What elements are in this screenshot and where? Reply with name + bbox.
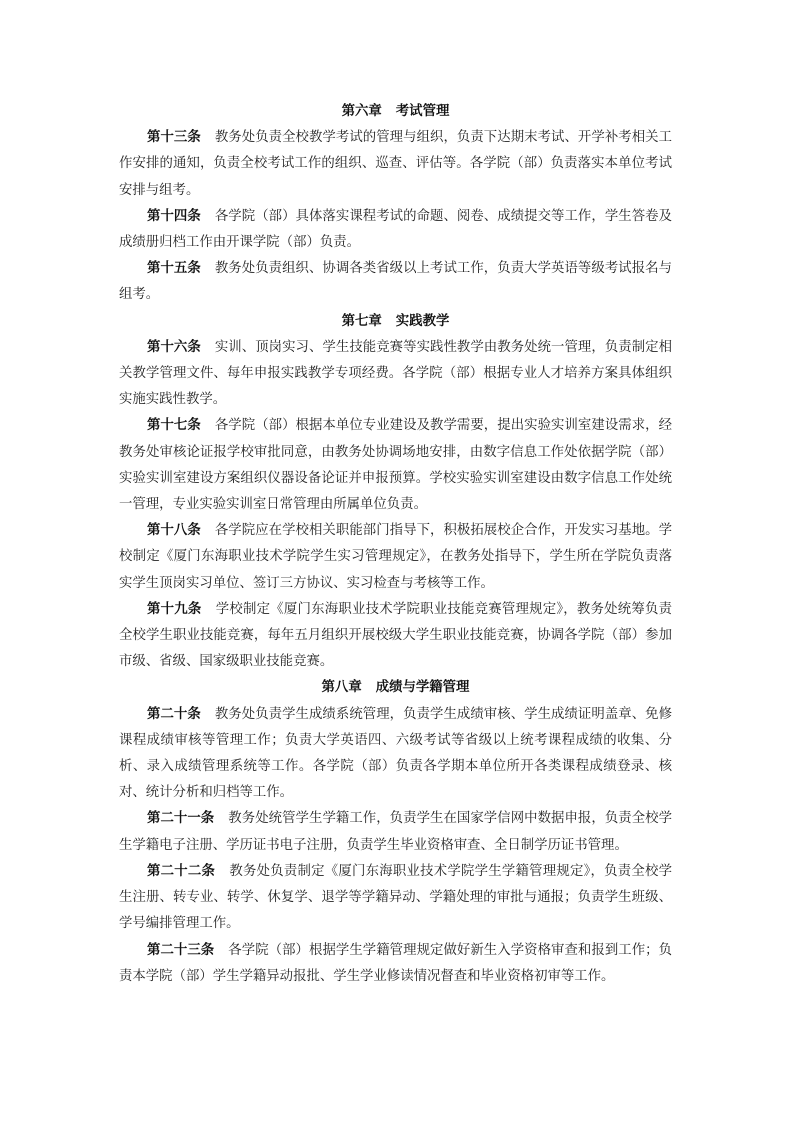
chapter-title: 成绩与学籍管理 — [376, 680, 470, 695]
article-text: 教务处负责学生成绩系统管理，负责学生成绩审核、学生成绩证明盖章、免修课程成绩审核… — [119, 707, 672, 801]
chapter-number: 第七章 — [342, 314, 382, 329]
chapter-heading: 第八章成绩与学籍管理 — [119, 675, 672, 701]
document-page: 第六章考试管理 第十三条教务处负责全校教学考试的管理与组织，负责下达期末考试、开… — [119, 99, 672, 990]
chapter-number: 第六章 — [342, 104, 382, 119]
article: 第二十二条教务处负责制定《厦门东海职业技术学院学生学籍管理规定》，负责全校学生注… — [119, 859, 672, 938]
article-text: 实训、顶岗实习、学生技能竞赛等实践性教学由教务处统一管理，负责制定相关教学管理文… — [119, 340, 672, 407]
chapter-heading: 第六章考试管理 — [119, 99, 672, 125]
chapter-number: 第八章 — [322, 680, 362, 695]
article-number: 第二十二条 — [147, 864, 215, 879]
article-number: 第二十条 — [147, 707, 201, 722]
article-text: 各学院（部）具体落实课程考试的命题、阅卷、成绩提交等工作，学生答卷及成绩册归档工… — [119, 209, 672, 250]
article-number: 第十九条 — [147, 602, 202, 617]
article-number: 第十三条 — [147, 130, 201, 145]
article-text: 各学院（部）根据本单位专业建设及教学需要，提出实验实训室建设需求，经教务处审核论… — [119, 418, 672, 512]
article: 第十七条各学院（部）根据本单位专业建设及教学需要，提出实验实训室建设需求，经教务… — [119, 413, 672, 518]
article-number: 第二十一条 — [147, 811, 214, 826]
article-number: 第十八条 — [147, 523, 201, 538]
article: 第十六条实训、顶岗实习、学生技能竞赛等实践性教学由教务处统一管理，负责制定相关教… — [119, 335, 672, 414]
article-number: 第二十三条 — [147, 943, 214, 958]
article-text: 教务处负责全校教学考试的管理与组织，负责下达期末考试、开学补考相关工作安排的通知… — [119, 130, 672, 197]
article: 第十八条各学院应在学校相关职能部门指导下，积极拓展校企合作，开发实习基地。学校制… — [119, 518, 672, 597]
article: 第十三条教务处负责全校教学考试的管理与组织，负责下达期末考试、开学补考相关工作安… — [119, 125, 672, 204]
article-number: 第十五条 — [147, 261, 201, 276]
article: 第二十三条各学院（部）根据学生学籍管理规定做好新生入学资格审查和报到工作；负责本… — [119, 938, 672, 990]
article: 第二十一条教务处统管学生学籍工作，负责学生在国家学信网中数据申报，负责全校学生学… — [119, 806, 672, 858]
article: 第十九条学校制定《厦门东海职业技术学院职业技能竞赛管理规定》，教务处统筹负责全校… — [119, 597, 672, 676]
article: 第十四条各学院（部）具体落实课程考试的命题、阅卷、成绩提交等工作，学生答卷及成绩… — [119, 204, 672, 256]
article-number: 第十七条 — [147, 418, 201, 433]
article-text: 教务处负责组织、协调各类省级以上考试工作，负责大学英语等级考试报名与组考。 — [119, 261, 672, 302]
chapter-title: 实践教学 — [396, 314, 450, 329]
chapter-title: 考试管理 — [396, 104, 450, 119]
article: 第十五条教务处负责组织、协调各类省级以上考试工作，负责大学英语等级考试报名与组考… — [119, 256, 672, 308]
chapter-heading: 第七章实践教学 — [119, 309, 672, 335]
article-number: 第十六条 — [147, 340, 201, 355]
article-number: 第十四条 — [147, 209, 201, 224]
article-text: 各学院应在学校相关职能部门指导下，积极拓展校企合作，开发实习基地。学校制定《厦门… — [119, 523, 672, 590]
article: 第二十条教务处负责学生成绩系统管理，负责学生成绩审核、学生成绩证明盖章、免修课程… — [119, 702, 672, 807]
